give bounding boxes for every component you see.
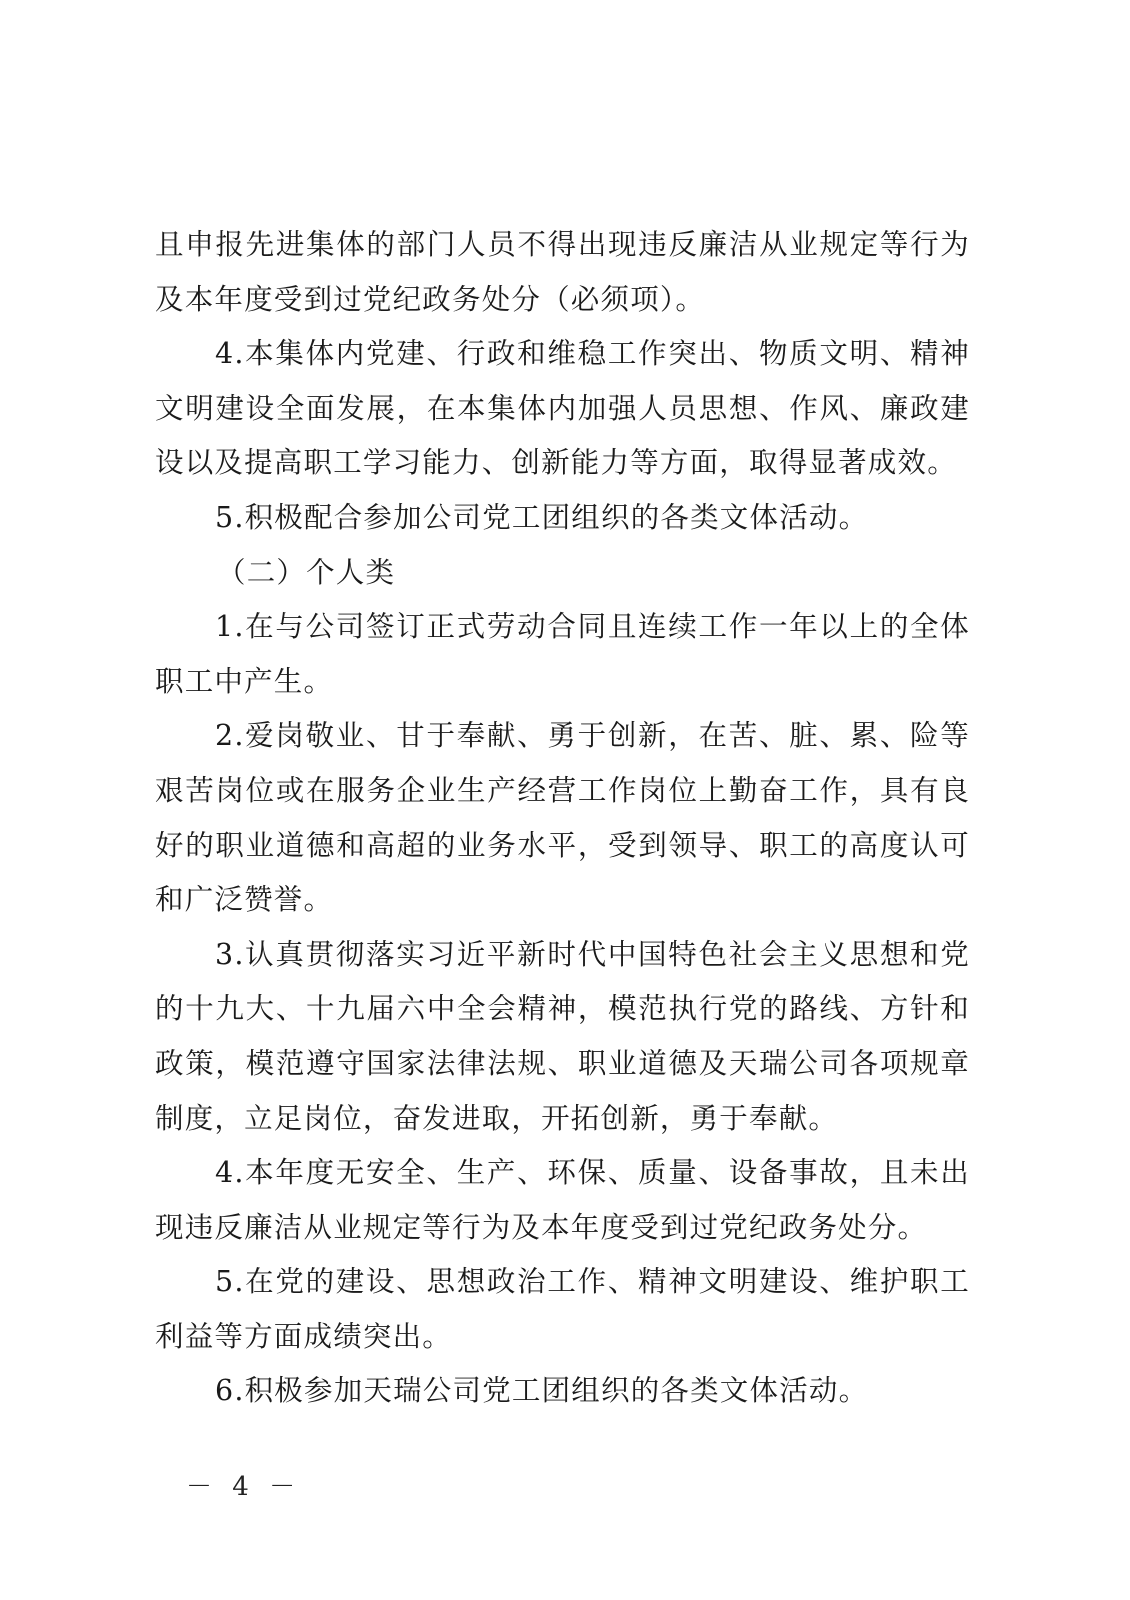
section-heading-individual: （二）个人类 bbox=[155, 546, 970, 601]
individual-criterion-3: 3.认真贯彻落实习近平新时代中国特色社会主义思想和党的十九大、十九届六中全会精神… bbox=[155, 928, 970, 1146]
collective-criterion-5: 5.积极配合参加公司党工团组织的各类文体活动。 bbox=[155, 491, 970, 546]
document-body: 且申报先进集体的部门人员不得出现违反廉洁从业规定等行为及本年度受到过党纪政务处分… bbox=[155, 218, 970, 1419]
page-number: － 4 － bbox=[186, 1466, 301, 1503]
collective-criterion-4: 4.本集体内党建、行政和维稳工作突出、物质文明、精神文明建设全面发展，在本集体内… bbox=[155, 327, 970, 491]
individual-criterion-1: 1.在与公司签订正式劳动合同且连续工作一年以上的全体职工中产生。 bbox=[155, 600, 970, 709]
document-page: 且申报先进集体的部门人员不得出现违反廉洁从业规定等行为及本年度受到过党纪政务处分… bbox=[0, 0, 1130, 1600]
individual-criterion-6: 6.积极参加天瑞公司党工团组织的各类文体活动。 bbox=[155, 1364, 970, 1419]
paragraph-continuation: 且申报先进集体的部门人员不得出现违反廉洁从业规定等行为及本年度受到过党纪政务处分… bbox=[155, 218, 970, 327]
individual-criterion-5: 5.在党的建设、思想政治工作、精神文明建设、维护职工利益等方面成绩突出。 bbox=[155, 1255, 970, 1364]
individual-criterion-2: 2.爱岗敬业、甘于奉献、勇于创新，在苦、脏、累、险等艰苦岗位或在服务企业生产经营… bbox=[155, 709, 970, 927]
individual-criterion-4: 4.本年度无安全、生产、环保、质量、设备事故，且未出现违反廉洁从业规定等行为及本… bbox=[155, 1146, 970, 1255]
